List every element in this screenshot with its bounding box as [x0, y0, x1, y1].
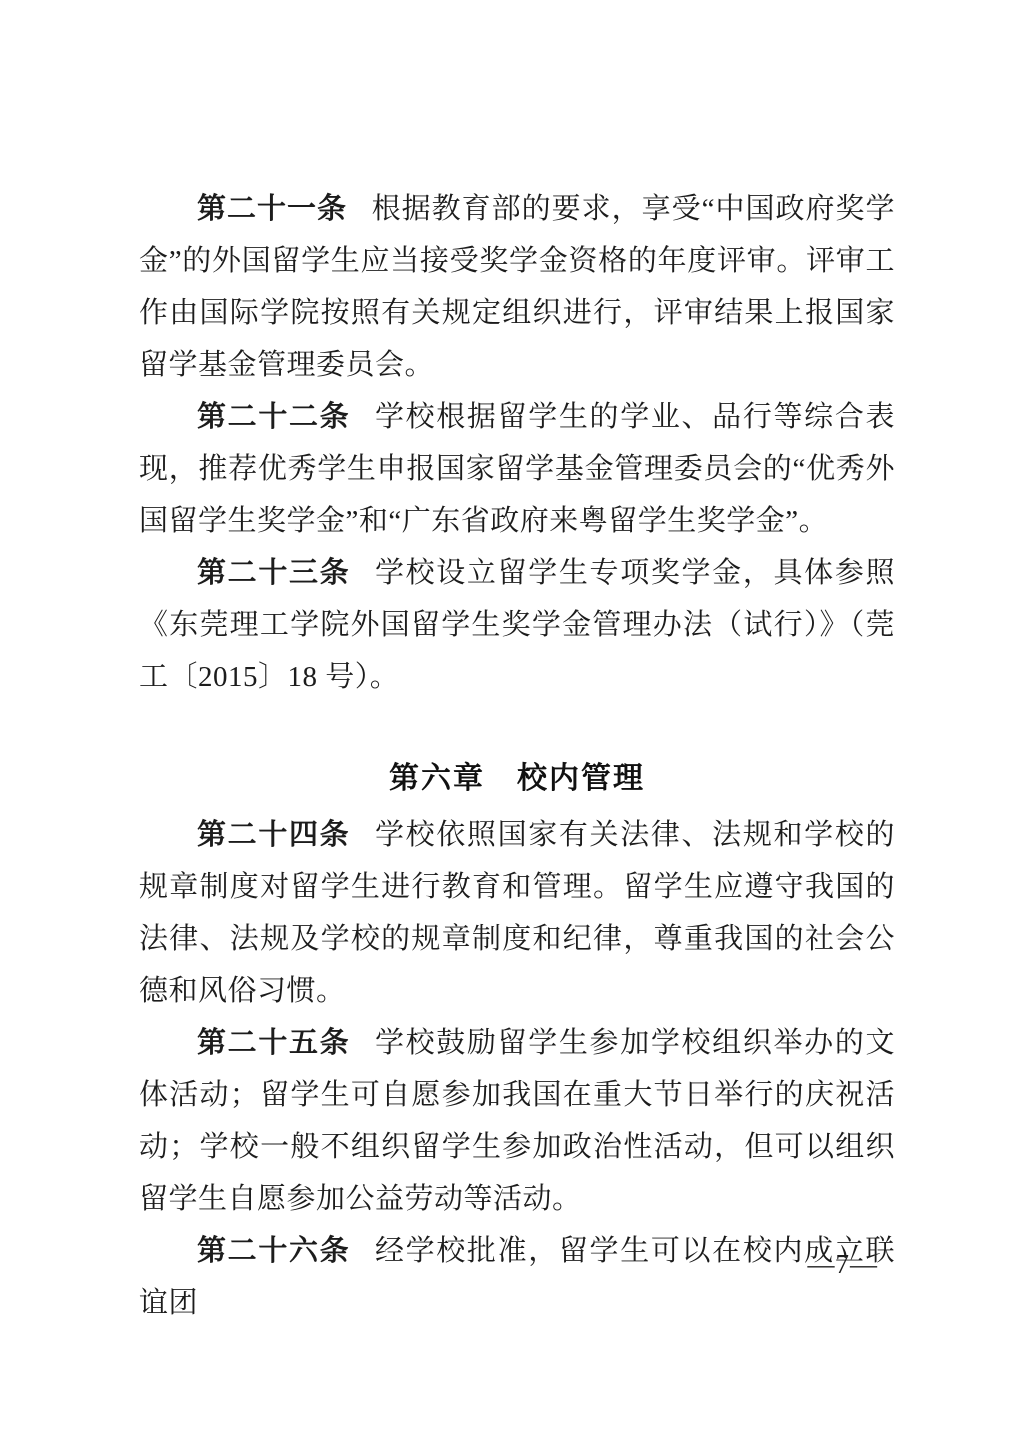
article-24-number: 第二十四条 [197, 819, 350, 851]
article-25-paragraph: 第二十五条学校鼓励留学生参加学校组织举办的文体活动；留学生可自愿参加我国在重大节… [139, 1017, 895, 1225]
article-26-number: 第二十六条 [197, 1235, 350, 1267]
article-25-number: 第二十五条 [197, 1027, 350, 1059]
article-23-paragraph: 第二十三条学校设立留学生专项奖学金，具体参照《东莞理工学院外国留学生奖学金管理办… [139, 547, 895, 703]
article-26-paragraph: 第二十六条经学校批准，留学生可以在校内成立联谊团 [139, 1225, 895, 1329]
document-body: 第二十一条根据教育部的要求，享受“中国政府奖学金”的外国留学生应当接受奖学金资格… [139, 183, 895, 1329]
article-21-number: 第二十一条 [197, 193, 347, 225]
article-22-number: 第二十二条 [197, 401, 350, 433]
article-24-paragraph: 第二十四条学校依照国家有关法律、法规和学校的规章制度对留学生进行教育和管理。留学… [139, 809, 895, 1017]
article-23-number: 第二十三条 [197, 557, 350, 589]
article-22-paragraph: 第二十二条学校根据留学生的学业、品行等综合表现，推荐优秀学生申报国家留学基金管理… [139, 391, 895, 547]
document-page: 第二十一条根据教育部的要求，享受“中国政府奖学金”的外国留学生应当接受奖学金资格… [0, 0, 1024, 1448]
chapter-heading: 第六章 校内管理 [139, 753, 895, 805]
article-21-paragraph: 第二十一条根据教育部的要求，享受“中国政府奖学金”的外国留学生应当接受奖学金资格… [139, 183, 895, 391]
page-number: —7— [808, 1247, 879, 1281]
